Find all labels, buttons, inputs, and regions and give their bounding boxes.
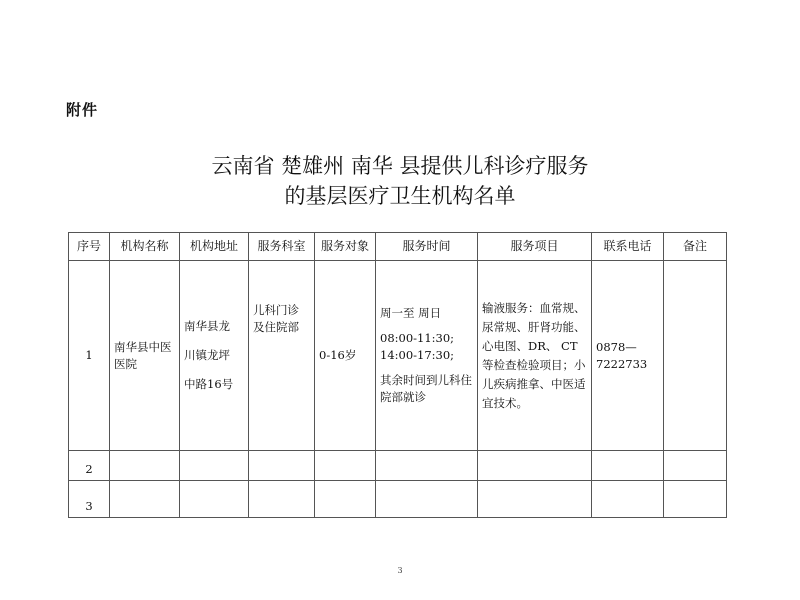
cell-department <box>249 481 315 518</box>
header-department: 服务科室 <box>249 233 315 261</box>
cell-remark <box>664 261 727 451</box>
cell-target: 0-16岁 <box>315 261 376 451</box>
cell-department <box>249 451 315 481</box>
time-line: 08:00-11:30; <box>380 330 473 347</box>
time-line: 14:00-17:30; <box>380 347 473 364</box>
document-title-line2: 的基层医疗卫生机构名单 <box>0 180 800 210</box>
cell-time <box>376 481 478 518</box>
document-title-line1: 云南省 楚雄州 南华 县提供儿科诊疗服务 <box>0 150 800 180</box>
cell-address: 南华县龙 川镇龙坪 中路16号 <box>180 261 249 451</box>
cell-phone: 0878— 7222733 <box>592 261 664 451</box>
institution-table: 序号 机构名称 机构地址 服务科室 服务对象 服务时间 服务项目 联系电话 备注… <box>68 232 727 518</box>
header-address: 机构地址 <box>180 233 249 261</box>
cell-name <box>110 481 180 518</box>
cell-name: 南华县中医医院 <box>110 261 180 451</box>
table-row: 1 南华县中医医院 南华县龙 川镇龙坪 中路16号 儿科门诊及住院部 0-16岁… <box>69 261 727 451</box>
cell-remark <box>664 451 727 481</box>
header-services: 服务项目 <box>478 233 592 261</box>
header-name: 机构名称 <box>110 233 180 261</box>
table-row: 2 <box>69 451 727 481</box>
cell-index: 1 <box>69 261 110 451</box>
time-line: 其余时间到儿科住院部就诊 <box>380 372 473 406</box>
phone-line: 0878— <box>596 339 659 356</box>
cell-department: 儿科门诊及住院部 <box>249 261 315 451</box>
cell-phone <box>592 481 664 518</box>
cell-services <box>478 481 592 518</box>
header-time: 服务时间 <box>376 233 478 261</box>
cell-time <box>376 451 478 481</box>
cell-address <box>180 481 249 518</box>
table-header-row: 序号 机构名称 机构地址 服务科室 服务对象 服务时间 服务项目 联系电话 备注 <box>69 233 727 261</box>
header-index: 序号 <box>69 233 110 261</box>
cell-phone <box>592 451 664 481</box>
address-line: 川镇龙坪 <box>184 347 244 364</box>
time-line: 周一至 周日 <box>380 305 473 322</box>
cell-index: 3 <box>69 481 110 518</box>
attachment-label: 附件 <box>66 99 98 120</box>
cell-services <box>478 451 592 481</box>
header-remark: 备注 <box>664 233 727 261</box>
header-phone: 联系电话 <box>592 233 664 261</box>
cell-target <box>315 481 376 518</box>
address-line: 南华县龙 <box>184 318 244 335</box>
table-row: 3 <box>69 481 727 518</box>
cell-time: 周一至 周日 08:00-11:30; 14:00-17:30; 其余时间到儿科… <box>376 261 478 451</box>
cell-remark <box>664 481 727 518</box>
header-target: 服务对象 <box>315 233 376 261</box>
address-line: 中路16号 <box>184 376 244 393</box>
cell-index: 2 <box>69 451 110 481</box>
cell-name <box>110 451 180 481</box>
cell-services: 输液服务：血常规、尿常规、肝肾功能、心电图、DR、 CT等检查检验项目；小儿疾病… <box>478 261 592 451</box>
cell-target <box>315 451 376 481</box>
page-number: 3 <box>0 566 800 575</box>
cell-address <box>180 451 249 481</box>
phone-line: 7222733 <box>596 356 659 373</box>
